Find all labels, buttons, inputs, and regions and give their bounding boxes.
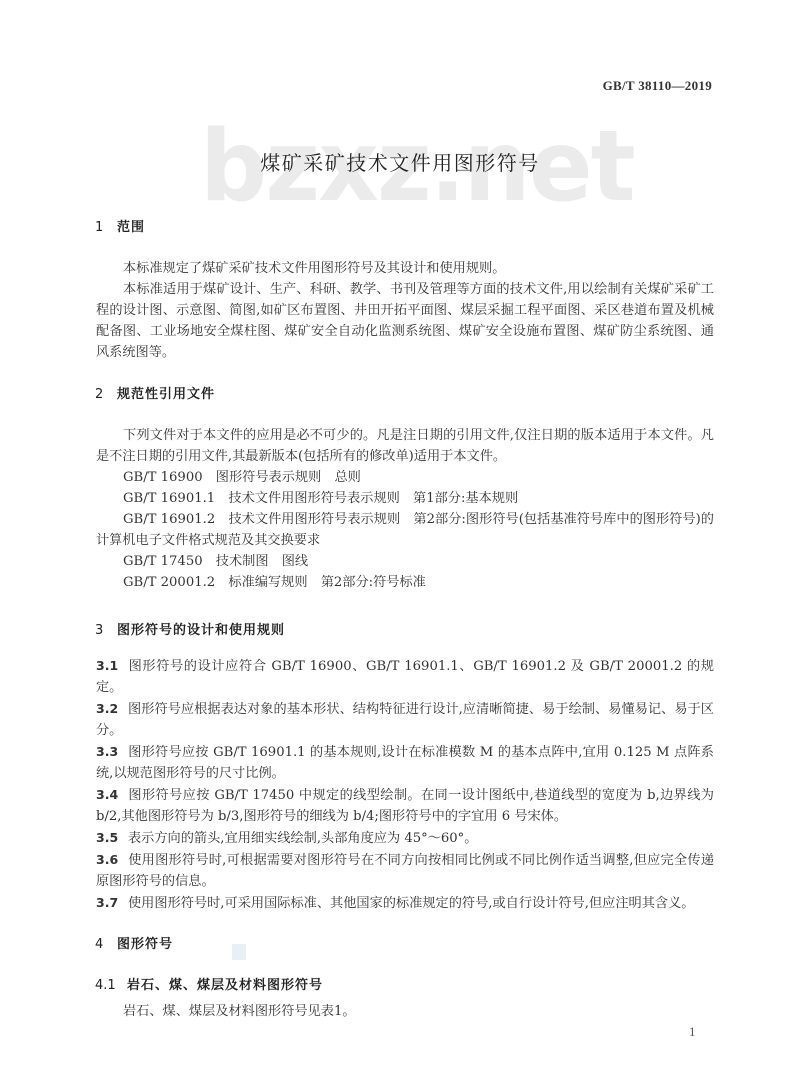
- paragraph: 本标准适用于煤矿设计、生产、科研、教学、书刊及管理等方面的技术文件,用以绘制有关…: [96, 279, 714, 363]
- section-title: 图形符号的设计和使用规则: [117, 623, 285, 638]
- paragraph: 本标准规定了煤矿采矿技术文件用图形符号及其设计和使用规则。: [96, 258, 714, 279]
- subsection-number: 4.1: [95, 978, 127, 993]
- section-heading-1: 1范围: [95, 216, 145, 235]
- section-number: 2: [95, 387, 117, 402]
- clause-number: 3.6: [96, 849, 128, 870]
- subsection-4-1-body: 岩石、煤、煤层及材料图形符号见表1。: [96, 1001, 714, 1022]
- clause-text: 使用图形符号时,可采用国际标准、其他国家的标准规定的符号,或自行设计符号,但应注…: [128, 896, 694, 911]
- subsection-title: 岩石、煤、煤层及材料图形符号: [127, 978, 323, 993]
- paragraph: 下列文件对于本文件的应用是必不可少的。凡是注日期的引用文件,仅注日期的版本适用于…: [96, 425, 714, 467]
- section-title: 规范性引用文件: [117, 387, 215, 402]
- page-number: 1: [689, 1024, 696, 1040]
- reference-item: GB/T 16901.1 技术文件用图形符号表示规则 第1部分:基本规则: [96, 488, 714, 509]
- clause-number: 3.5: [96, 827, 128, 848]
- clause-3-5: 3.5表示方向的箭头,宜用细实线绘制,头部角度应为 45°～60°。: [96, 827, 714, 849]
- section-number: 4: [95, 937, 117, 952]
- clause-3-3: 3.3图形符号应按 GB/T 16901.1 的基本规则,设计在标准模数 M 的…: [96, 741, 714, 784]
- section-title: 图形符号: [117, 937, 173, 952]
- standard-code: GB/T 38110—2019: [603, 78, 712, 94]
- clause-number: 3.1: [96, 655, 128, 676]
- clause-text: 图形符号应按 GB/T 16901.1 的基本规则,设计在标准模数 M 的基本点…: [96, 745, 714, 781]
- clause-3-4: 3.4图形符号应按 GB/T 17450 中规定的线型绘制。在同一设计图纸中,巷…: [96, 784, 714, 827]
- reference-item: GB/T 16900 图形符号表示规则 总则: [96, 467, 714, 488]
- paragraph: 岩石、煤、煤层及材料图形符号见表1。: [96, 1001, 714, 1022]
- section-2-body: 下列文件对于本文件的应用是必不可少的。凡是注日期的引用文件,仅注日期的版本适用于…: [96, 425, 714, 593]
- document-title: 煤矿采矿技术文件用图形符号: [0, 147, 800, 176]
- reference-item: GB/T 20001.2 标准编写规则 第2部分:符号标准: [96, 572, 714, 593]
- section-heading-3: 3图形符号的设计和使用规则: [95, 619, 285, 638]
- section-1-body: 本标准规定了煤矿采矿技术文件用图形符号及其设计和使用规则。 本标准适用于煤矿设计…: [96, 258, 714, 363]
- clause-number: 3.7: [96, 892, 128, 913]
- clause-number: 3.4: [96, 784, 128, 805]
- clause-text: 使用图形符号时,可根据需要对图形符号在不同方向按相同比例或不同比例作适当调整,但…: [96, 853, 714, 889]
- document-page: bzxz.net GB/T 38110—2019 煤矿采矿技术文件用图形符号 1…: [0, 0, 800, 1090]
- section-heading-4: 4图形符号: [95, 933, 173, 952]
- clause-3-1: 3.1图形符号的设计应符合 GB/T 16900、GB/T 16901.1、GB…: [96, 655, 714, 698]
- section-heading-2: 2规范性引用文件: [95, 383, 215, 402]
- clause-text: 图形符号的设计应符合 GB/T 16900、GB/T 16901.1、GB/T …: [96, 659, 714, 695]
- clause-number: 3.3: [96, 741, 128, 762]
- clause-text: 图形符号应按 GB/T 17450 中规定的线型绘制。在同一设计图纸中,巷道线型…: [96, 788, 714, 824]
- clause-3-6: 3.6使用图形符号时,可根据需要对图形符号在不同方向按相同比例或不同比例作适当调…: [96, 849, 714, 892]
- clause-3-7: 3.7使用图形符号时,可采用国际标准、其他国家的标准规定的符号,或自行设计符号,…: [96, 892, 714, 914]
- clause-3-2: 3.2图形符号应根据表达对象的基本形状、结构特征进行设计,应清晰简捷、易于绘制、…: [96, 698, 714, 741]
- clause-number: 3.2: [96, 698, 128, 719]
- section-3-body: 3.1图形符号的设计应符合 GB/T 16900、GB/T 16901.1、GB…: [96, 655, 714, 914]
- section-number: 3: [95, 623, 117, 638]
- section-number: 1: [95, 220, 117, 235]
- reference-item: GB/T 17450 技术制图 图线: [96, 551, 714, 572]
- reference-item: GB/T 16901.2 技术文件用图形符号表示规则 第2部分:图形符号(包括基…: [96, 509, 714, 551]
- section-title: 范围: [117, 220, 145, 235]
- scan-artifact: [232, 944, 246, 960]
- clause-text: 表示方向的箭头,宜用细实线绘制,头部角度应为 45°～60°。: [128, 831, 477, 846]
- subsection-heading-4-1: 4.1岩石、煤、煤层及材料图形符号: [95, 974, 323, 993]
- clause-text: 图形符号应根据表达对象的基本形状、结构特征进行设计,应清晰简捷、易于绘制、易懂易…: [96, 702, 714, 738]
